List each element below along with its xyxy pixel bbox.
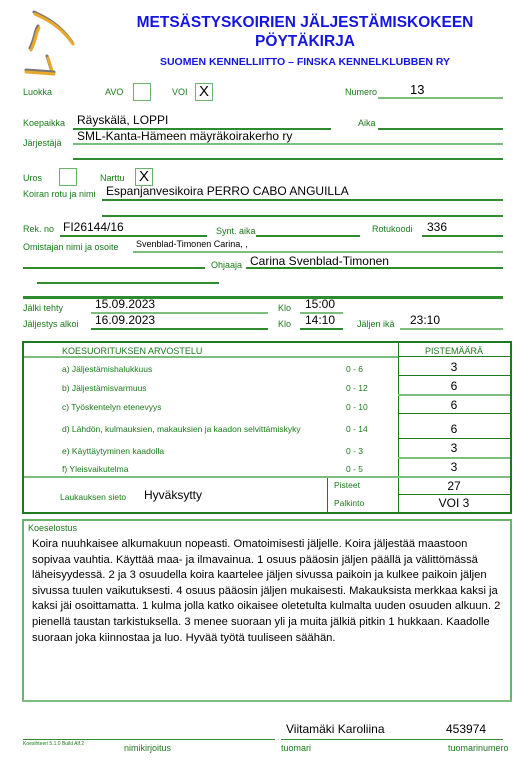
points-label: Pisteet	[334, 480, 360, 490]
judge-number: 453974	[446, 722, 486, 736]
track-age-value: 23:10	[410, 313, 440, 327]
criterion-range: 0 - 10	[346, 402, 368, 412]
number-label: Numero	[345, 87, 377, 97]
number-value: 13	[410, 82, 424, 97]
criterion-score: 3	[398, 441, 510, 455]
owner-address-underline	[23, 267, 205, 269]
reg-value: FI26144/16	[63, 220, 124, 234]
signature-label: nimikirjoitus	[124, 743, 171, 753]
breed-name-underline	[102, 199, 503, 201]
organizer-value: SML-Kanta-Hämeen mäyräkoirakerho ry	[77, 129, 292, 143]
reg-label: Rek. no	[23, 224, 54, 234]
prize-value: VOI 3	[398, 496, 510, 510]
track-made-klo-label: Klo	[278, 303, 291, 313]
kennel-club-logo-icon	[22, 8, 84, 80]
form-title: METSÄSTYSKOIRIEN JÄLJESTÄMISKOKEEN	[115, 14, 495, 32]
criterion-range: 0 - 5	[346, 464, 363, 474]
judge-label: tuomari	[281, 743, 311, 753]
track-started-label: Jäljestys alkoi	[23, 319, 79, 329]
track-started-time: 14:10	[305, 313, 335, 327]
criterion-label: a) Jäljestämishalukkuus	[62, 364, 152, 374]
track-started-time-underline	[300, 328, 343, 330]
notes-bottom-border	[22, 700, 512, 702]
handler-label: Ohjaaja	[211, 260, 242, 270]
track-started-date-underline	[91, 328, 268, 330]
reg-underline	[60, 235, 207, 237]
test-report-title: Koeselostus	[28, 523, 77, 533]
criterion-range: 0 - 3	[346, 446, 363, 456]
track-age-underline	[400, 328, 503, 330]
criterion-range: 0 - 6	[346, 364, 363, 374]
test-report-text: Koira nuuhkaisee alkumakuun nopeasti. Om…	[32, 537, 502, 646]
handler-underline	[246, 267, 503, 269]
breed-code-value: 336	[427, 220, 447, 234]
judge-line	[281, 739, 503, 740]
organizer-underline	[73, 143, 503, 145]
male-checkbox[interactable]	[59, 168, 77, 186]
place-label: Koepaikka	[23, 118, 65, 128]
track-started-klo-label: Klo	[278, 319, 291, 329]
organizer-label: Järjestäjä	[23, 138, 62, 148]
criterion-label: b) Jäljestämisvarmuus	[62, 383, 147, 393]
criterion-label: f) Yleisvaikutelma	[62, 464, 128, 474]
criterion-range: 0 - 12	[346, 383, 368, 393]
place-value: Räyskälä, LOPPI	[77, 113, 168, 127]
owner-underline	[133, 251, 503, 253]
birth-underline	[256, 235, 360, 237]
form-title-line2: PÖYTÄKIRJA	[115, 33, 495, 51]
criterion-score: 6	[398, 398, 510, 412]
avo-label: AVO	[105, 87, 123, 97]
track-started-date: 16.09.2023	[95, 313, 155, 327]
avo-checkbox[interactable]	[133, 83, 151, 101]
class-label: Luokka	[23, 87, 52, 97]
track-made-time: 15:00	[305, 297, 335, 311]
breed-name-value: Espanjanvesikoira PERRO CABO ANGUILLA	[106, 184, 349, 198]
female-label: Narttu	[100, 173, 125, 183]
time-underline	[378, 128, 503, 130]
birth-label: Synt. aika	[216, 226, 256, 236]
gunshot-label: Laukauksen sieto	[60, 492, 126, 502]
version-text: Koesihteeri 5.1.0 Build Alf.2	[23, 741, 84, 747]
evaluation-header: KOESUORITUKSEN ARVOSTELU	[62, 346, 202, 356]
criterion-score: 3	[398, 460, 510, 474]
criterion-score: 6	[398, 422, 510, 436]
number-underline	[378, 97, 503, 99]
handler-value: Carina Svenblad-Timonen	[250, 254, 389, 268]
breed-code-underline	[422, 235, 503, 237]
prize-label: Palkinto	[334, 498, 364, 508]
track-made-label: Jälki tehty	[23, 303, 63, 313]
signature-line	[23, 739, 275, 740]
breed-name-underline-2	[102, 215, 503, 217]
time-label: Aika	[358, 118, 376, 128]
track-age-label: Jäljen ikä	[357, 319, 395, 329]
organizer-underline-2	[73, 158, 503, 160]
owner-label: Omistajan nimi ja osoite	[23, 242, 119, 252]
owner-value: Svenblad-Timonen Carina, ,	[136, 239, 248, 249]
voi-label: VOI	[172, 87, 188, 97]
judge-number-label: tuomarinumero	[448, 743, 509, 753]
breed-code-label: Rotukoodi	[372, 224, 413, 234]
voi-checkbox[interactable]: X	[195, 83, 213, 101]
points-value: 27	[398, 479, 510, 493]
male-label: Uros	[23, 173, 42, 183]
owner-address-underline-2	[37, 282, 219, 284]
form-subtitle: SUOMEN KENNELLIITTO – FINSKA KENNELKLUBB…	[115, 56, 495, 68]
breed-name-label: Koiran rotu ja nimi	[23, 189, 96, 199]
criterion-range: 0 - 14	[346, 424, 368, 434]
criterion-label: e) Käyttäytyminen kaadolla	[62, 446, 164, 456]
criterion-label: d) Lähdön, kulmauksien, makauksien ja ka…	[62, 424, 301, 434]
judge-name: Viitamäki Karoliina	[286, 722, 385, 736]
gunshot-value: Hyväksytty	[144, 488, 202, 502]
test-report-box: Koeselostus Koira nuuhkaisee alkumakuun …	[22, 519, 512, 702]
criterion-score: 3	[398, 360, 510, 374]
track-made-date: 15.09.2023	[95, 297, 155, 311]
criterion-label: c) Työskentelyn etenevyys	[62, 402, 162, 412]
score-header: PISTEMÄÄRÄ	[398, 346, 510, 356]
criterion-score: 6	[398, 379, 510, 393]
evaluation-table: KOESUORITUKSEN ARVOSTELU PISTEMÄÄRÄ a) J…	[22, 341, 512, 514]
